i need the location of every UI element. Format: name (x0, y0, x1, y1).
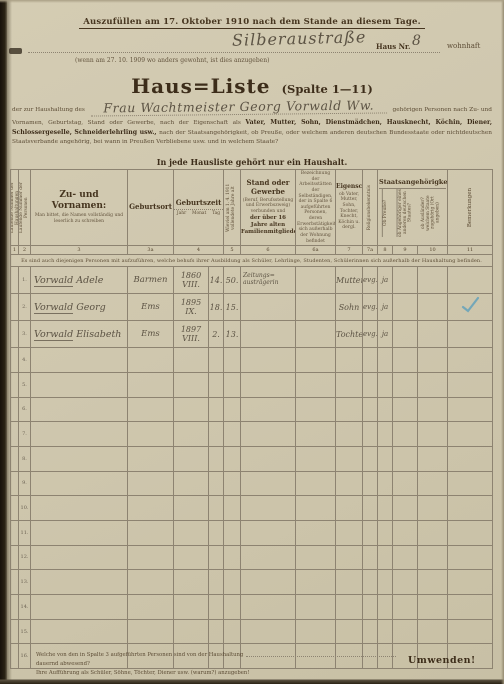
empty-cell[interactable] (174, 471, 209, 496)
empty-cell[interactable] (209, 422, 224, 447)
empty-cell[interactable] (128, 422, 174, 447)
empty-cell[interactable] (363, 545, 378, 570)
empty-cell[interactable] (174, 446, 209, 471)
empty-cell[interactable] (128, 496, 174, 521)
empty-cell (11, 397, 19, 422)
empty-cell[interactable] (393, 520, 418, 545)
empty-cell[interactable] (363, 422, 378, 447)
empty-cell (11, 545, 19, 570)
empty-cell[interactable] (393, 372, 418, 397)
table-row: 1. Vorwald Adele Barmen 1860 VIII. 14. 5… (11, 267, 493, 294)
empty-cell[interactable] (128, 372, 174, 397)
arbeitsstaette-cell[interactable] (296, 321, 336, 348)
arbeitsstaette-cell[interactable] (296, 267, 336, 294)
empty-cell[interactable] (209, 446, 224, 471)
empty-cell[interactable] (31, 520, 128, 545)
table-body: 1. Vorwald Adele Barmen 1860 VIII. 14. 5… (11, 267, 493, 669)
empty-cell[interactable] (448, 422, 493, 447)
col-stand-header: Stand oder Gewerbe (Beruf, Berufsstellun… (241, 170, 296, 246)
empty-cell[interactable] (363, 348, 378, 373)
empty-cell[interactable] (336, 348, 363, 373)
empty-cell[interactable] (224, 471, 241, 496)
name-cell[interactable]: Vorwald Elisabeth (31, 321, 128, 348)
empty-cell[interactable] (241, 446, 296, 471)
empty-cell[interactable] (209, 348, 224, 373)
table-row-empty: 10. (11, 496, 493, 521)
colnum-5: 5 (224, 246, 241, 255)
col-eigenschaft-header: Eigenschaft: ob Vater, Mutter, Sohn, Toc… (336, 170, 363, 246)
page-top-edge (0, 0, 504, 3)
col-alter-header: Wieviel am 1. 4. 1911 vollendete Jahre a… (224, 170, 241, 246)
empty-cell[interactable] (378, 471, 393, 496)
empty-cell[interactable] (336, 372, 363, 397)
hausliste-table: Laufende Nummer der Haushaltungen Laufen… (10, 169, 493, 669)
fill-instruction: Auszufüllen am 17. Oktober 1910 nach dem… (0, 9, 504, 29)
empty-cell[interactable] (128, 545, 174, 570)
empty-cell[interactable] (224, 422, 241, 447)
empty-cell[interactable] (224, 595, 241, 620)
empty-cell[interactable] (209, 397, 224, 422)
empty-cell (11, 644, 19, 669)
empty-cell[interactable] (336, 471, 363, 496)
empty-cell[interactable] (363, 372, 378, 397)
colnum-7a: 7a (363, 246, 378, 255)
table-row-empty: 9. (11, 471, 493, 496)
empty-cell (11, 471, 19, 496)
empty-cell[interactable] (363, 397, 378, 422)
empty-cell[interactable] (393, 595, 418, 620)
colnum-6: 6 (241, 246, 296, 255)
footer-question-line1: Welche von den in Spalte 3 aufgeführten … (36, 652, 243, 667)
empty-cell[interactable] (448, 372, 493, 397)
empty-cell[interactable] (241, 422, 296, 447)
empty-cell[interactable] (378, 422, 393, 447)
empty-cell[interactable] (393, 348, 418, 373)
table-motto: In jede Hausliste gehört nur ein Haushal… (0, 157, 504, 167)
row-number: 5. (19, 372, 31, 397)
empty-cell[interactable] (363, 595, 378, 620)
religion-cell[interactable]: evg. (363, 267, 378, 294)
table-note-row: Es sind auch diejenigen Personen mit auf… (11, 255, 493, 267)
document-subtitle: (Spalte 1—11) (282, 82, 373, 96)
empty-cell[interactable] (378, 595, 393, 620)
empty-cell[interactable] (241, 348, 296, 373)
alter-cell[interactable]: 15. (224, 294, 241, 321)
empty-cell[interactable] (296, 619, 336, 644)
empty-cell[interactable] (174, 348, 209, 373)
empty-cell[interactable] (128, 595, 174, 620)
empty-cell[interactable] (209, 496, 224, 521)
empty-cell[interactable] (128, 619, 174, 644)
col-name-header: Zu- und Vornamen: Man bittet, die Namen … (31, 170, 128, 246)
empty-cell[interactable] (418, 545, 448, 570)
table-row-empty: 11. (11, 520, 493, 545)
col-bemerkungen-header: Bemerkungen (448, 170, 493, 246)
empty-cell[interactable] (448, 397, 493, 422)
empty-cell[interactable] (336, 545, 363, 570)
empty-cell[interactable] (241, 545, 296, 570)
footer-dotted-line (246, 656, 396, 657)
name-cell[interactable]: Vorwald Georg (31, 294, 128, 321)
table-row: 2. Vorwald Georg Ems 1895 IX. 18. 15. So… (11, 294, 493, 321)
empty-cell[interactable] (296, 372, 336, 397)
col-staatsangehoerigkeit-header: Staatsangehörigkeit Ob Preuße? ob Angehö… (378, 170, 448, 246)
empty-cell[interactable] (393, 570, 418, 595)
empty-cell[interactable] (209, 570, 224, 595)
empty-cell[interactable] (336, 520, 363, 545)
empty-cell[interactable] (128, 446, 174, 471)
empty-cell[interactable] (31, 372, 128, 397)
empty-cell[interactable] (174, 545, 209, 570)
auslaender-cell[interactable] (418, 294, 448, 321)
religion-cell[interactable]: evg. (363, 321, 378, 348)
empty-cell[interactable] (128, 348, 174, 373)
empty-cell[interactable] (241, 496, 296, 521)
colnum-7: 7 (336, 246, 363, 255)
col-haushaltnr-header: Laufende Nummer der Haushaltungen (11, 170, 19, 246)
empty-cell[interactable] (296, 570, 336, 595)
row-number: 9. (19, 471, 31, 496)
empty-cell[interactable] (336, 422, 363, 447)
empty-cell[interactable] (363, 496, 378, 521)
empty-cell[interactable] (296, 520, 336, 545)
empty-cell[interactable] (296, 446, 336, 471)
empty-cell[interactable] (224, 446, 241, 471)
empty-cell (11, 619, 19, 644)
empty-cell[interactable] (209, 520, 224, 545)
bemerkung-cell[interactable] (448, 267, 493, 294)
empty-cell[interactable] (174, 422, 209, 447)
anderer-staat-cell[interactable] (393, 294, 418, 321)
name-cell[interactable]: Vorwald Adele (31, 267, 128, 294)
row-number: 15. (19, 619, 31, 644)
empty-cell[interactable] (336, 619, 363, 644)
empty-cell[interactable] (209, 471, 224, 496)
empty-cell[interactable] (296, 545, 336, 570)
stand-cell[interactable] (241, 294, 296, 321)
empty-cell[interactable] (128, 471, 174, 496)
empty-cell[interactable] (448, 348, 493, 373)
intro-normal: Vornamen, Geburtstag, Stand oder Gewerbe… (12, 120, 245, 126)
empty-cell[interactable] (31, 545, 128, 570)
empty-cell[interactable] (241, 570, 296, 595)
colnum-4: 4 (174, 246, 224, 255)
empty-cell[interactable] (393, 471, 418, 496)
bemerkung-cell[interactable] (448, 294, 493, 321)
empty-cell[interactable] (31, 397, 128, 422)
blue-check-mark-icon (460, 296, 480, 314)
eigenschaft-cell[interactable]: Mutter (336, 267, 363, 294)
row-number: 12. (19, 545, 31, 570)
empty-cell[interactable] (128, 570, 174, 595)
empty-cell[interactable] (128, 520, 174, 545)
religion-cell[interactable]: evg. (363, 294, 378, 321)
empty-cell[interactable] (393, 619, 418, 644)
empty-cell[interactable] (209, 545, 224, 570)
row-number: 6. (19, 397, 31, 422)
empty-cell[interactable] (31, 348, 128, 373)
stand-cell[interactable] (241, 321, 296, 348)
householder-line: der zur Haushaltung des Frau Wachtmeiste… (12, 99, 492, 115)
row-number: 11. (19, 520, 31, 545)
empty-cell[interactable] (363, 471, 378, 496)
empty-cell[interactable] (378, 619, 393, 644)
empty-cell (11, 422, 19, 447)
row-number: 1. (19, 267, 31, 294)
colnum-10: 10 (418, 246, 448, 255)
empty-cell[interactable] (418, 348, 448, 373)
householder-handwriting: Frau Wachtmeister Georg Vorwald Ww. (91, 97, 387, 116)
monat-label: Monat (192, 211, 206, 216)
geburtsort-cell[interactable]: Barmen (128, 267, 174, 294)
empty-cell[interactable] (393, 545, 418, 570)
intro-section: der zur Haushaltung des Frau Wachtmeiste… (12, 99, 492, 147)
row-number: 2. (19, 294, 31, 321)
jahr-label: Jahr (177, 211, 186, 216)
eigenschaft-cell[interactable]: Tochter (336, 321, 363, 348)
geburtszeit-subheaders: Jahr Monat Tag (174, 209, 223, 216)
colnum-8: 8 (378, 246, 393, 255)
empty-cell[interactable] (378, 570, 393, 595)
empty-cell[interactable] (336, 446, 363, 471)
geburtstag-cell[interactable]: 18. (209, 294, 224, 321)
empty-cell[interactable] (393, 422, 418, 447)
row-number: 3. (19, 321, 31, 348)
empty-cell[interactable] (174, 595, 209, 620)
row-number: 13. (19, 570, 31, 595)
empty-cell[interactable] (31, 496, 128, 521)
empty-cell[interactable] (174, 520, 209, 545)
empty-cell[interactable] (378, 446, 393, 471)
empty-cell[interactable] (224, 348, 241, 373)
preusse-subheader: Ob Preuße? (382, 189, 390, 237)
empty-cell[interactable] (174, 372, 209, 397)
empty-cell[interactable] (448, 595, 493, 620)
empty-cell (11, 570, 19, 595)
empty-cell[interactable] (336, 595, 363, 620)
table-header-row: Laufende Nummer der Haushaltungen Laufen… (11, 170, 493, 246)
empty-cell[interactable] (418, 520, 448, 545)
empty-cell[interactable] (31, 471, 128, 496)
empty-cell[interactable] (296, 471, 336, 496)
empty-cell[interactable] (224, 619, 241, 644)
empty-cell[interactable] (31, 446, 128, 471)
empty-cell[interactable] (378, 520, 393, 545)
umwenden-label: Umwenden! (408, 655, 476, 666)
empty-cell (11, 595, 19, 620)
householder-suffix: gehörigen Personen nach Zu- und (392, 107, 492, 115)
stand-cell[interactable]: Zeitungs=austrägerin (241, 267, 296, 294)
empty-cell[interactable] (224, 496, 241, 521)
empty-cell[interactable] (336, 570, 363, 595)
empty-cell[interactable] (336, 397, 363, 422)
empty-cell[interactable] (31, 595, 128, 620)
empty-cell[interactable] (378, 496, 393, 521)
colnum-1: 1 (11, 246, 19, 255)
empty-cell[interactable] (418, 570, 448, 595)
anderer-staat-subheader: ob Angehöriger eines anderen deutschen S… (397, 189, 415, 237)
empty-cell[interactable] (174, 496, 209, 521)
empty-cell[interactable] (296, 348, 336, 373)
col-arbeitsstaette-header: Bezeichnung der Arbeitsstätten der Selbs… (296, 170, 336, 246)
empty-cell[interactable] (378, 397, 393, 422)
table-row-empty: 8. (11, 446, 493, 471)
empty-cell[interactable] (241, 619, 296, 644)
anderer-staat-cell[interactable] (393, 267, 418, 294)
bemerkung-cell[interactable] (448, 321, 493, 348)
fill-instruction-text: Auszufüllen am 17. Oktober 1910 nach dem… (79, 17, 425, 29)
preusse-cell[interactable]: ja (378, 294, 393, 321)
empty-cell[interactable] (418, 496, 448, 521)
empty-cell[interactable] (378, 348, 393, 373)
col-personnr-header: Laufende Nummer der Personen (19, 170, 31, 246)
empty-cell[interactable] (174, 570, 209, 595)
geburtsort-cell[interactable]: Ems (128, 294, 174, 321)
empty-cell[interactable] (241, 372, 296, 397)
empty-cell[interactable] (241, 471, 296, 496)
auslaender-cell[interactable] (418, 267, 448, 294)
street-note: (wenn am 27. 10. 1909 wo anders gewohnt,… (75, 57, 269, 64)
empty-cell[interactable] (378, 545, 393, 570)
empty-cell[interactable] (363, 520, 378, 545)
row-number: 8. (19, 446, 31, 471)
auslaender-cell[interactable] (418, 321, 448, 348)
empty-cell[interactable] (296, 397, 336, 422)
tag-label: Tag (212, 211, 220, 216)
table-row: 3. Vorwald Elisabeth Ems 1897 VIII. 2. 1… (11, 321, 493, 348)
empty-cell[interactable] (363, 446, 378, 471)
empty-cell[interactable] (378, 372, 393, 397)
alter-cell[interactable]: 13. (224, 321, 241, 348)
footer-question-line2: Ihre Aufführung als Schüler, Söhne, Töch… (36, 670, 249, 676)
householder-prefix: der zur Haushaltung des (12, 107, 85, 115)
table-note-text: Es sind auch diejenigen Personen mit auf… (11, 255, 493, 267)
col-religion-header: Religionsbekenntnis (363, 170, 378, 246)
colnum-3a: 3a (128, 246, 174, 255)
alter-cell[interactable]: 50. (224, 267, 241, 294)
preusse-cell[interactable]: ja (378, 267, 393, 294)
empty-cell[interactable] (209, 372, 224, 397)
auslaender-subheader: ob Ausländer? welchem Staate zugehörig (… (421, 189, 442, 237)
empty-cell[interactable] (174, 397, 209, 422)
document-title: Haus=Liste (131, 74, 270, 98)
empty-cell (11, 372, 19, 397)
empty-cell[interactable] (418, 446, 448, 471)
empty-cell[interactable] (209, 619, 224, 644)
row-number: 10. (19, 496, 31, 521)
empty-cell[interactable] (393, 397, 418, 422)
document-title-row: Haus=Liste (Spalte 1—11) (0, 74, 504, 98)
table-row-empty: 15. (11, 619, 493, 644)
geburtsort-cell[interactable]: Ems (128, 321, 174, 348)
empty-cell[interactable] (448, 496, 493, 521)
empty-cell (11, 496, 19, 521)
colnum-2: 2 (19, 246, 31, 255)
empty-cell[interactable] (393, 496, 418, 521)
row-number: 7. (19, 422, 31, 447)
empty-cell[interactable] (224, 570, 241, 595)
table-row-empty: 7. (11, 422, 493, 447)
preusse-cell[interactable]: ja (378, 321, 393, 348)
empty-cell[interactable] (363, 570, 378, 595)
table-row-empty: 14. (11, 595, 493, 620)
empty-cell[interactable] (296, 595, 336, 620)
colnum-9: 9 (393, 246, 418, 255)
empty-cell[interactable] (296, 422, 336, 447)
empty-cell[interactable] (224, 397, 241, 422)
empty-cell[interactable] (241, 595, 296, 620)
empty-cell[interactable] (418, 619, 448, 644)
arbeitsstaette-cell[interactable] (296, 294, 336, 321)
empty-cell[interactable] (393, 446, 418, 471)
row-number: 14. (19, 595, 31, 620)
empty-cell[interactable] (241, 520, 296, 545)
geburtstag-cell[interactable]: 2. (209, 321, 224, 348)
empty-cell[interactable] (224, 545, 241, 570)
census-document-page: Auszufüllen am 17. Oktober 1910 nach dem… (0, 0, 504, 684)
empty-cell[interactable] (31, 570, 128, 595)
empty-cell (11, 520, 19, 545)
table-row-empty: 13. (11, 570, 493, 595)
empty-cell[interactable] (448, 446, 493, 471)
geburtstag-cell[interactable]: 14. (209, 267, 224, 294)
house-number-handwriting: 8 (412, 33, 421, 49)
eigenschaft-cell[interactable]: Sohn (336, 294, 363, 321)
empty-cell[interactable] (224, 520, 241, 545)
wohnhaft-label: wohnhaft (447, 42, 480, 50)
empty-cell[interactable] (363, 619, 378, 644)
empty-cell[interactable] (224, 372, 241, 397)
empty-cell[interactable] (336, 496, 363, 521)
geburtsjahr-monat-cell[interactable]: 1860 VIII. (174, 267, 209, 294)
page-bottom-edge (0, 679, 504, 684)
empty-cell[interactable] (128, 397, 174, 422)
row-number: 4. (19, 348, 31, 373)
empty-cell[interactable] (448, 545, 493, 570)
empty-cell[interactable] (174, 619, 209, 644)
colnum-11: 11 (448, 246, 493, 255)
empty-cell[interactable] (418, 422, 448, 447)
empty-cell[interactable] (448, 570, 493, 595)
house-number-label: Haus Nr. (376, 42, 411, 51)
empty-cell[interactable] (418, 471, 448, 496)
empty-cell[interactable] (418, 397, 448, 422)
empty-cell[interactable] (31, 619, 128, 644)
colnum-3: 3 (31, 246, 128, 255)
colnum-6a: 6a (296, 246, 336, 255)
empty-cell[interactable] (418, 595, 448, 620)
column-number-row: 1 2 3 3a 4 5 6 6a 7 7a 8 9 10 11 (11, 246, 493, 255)
geburtsjahr-monat-cell[interactable]: 1895 IX. (174, 294, 209, 321)
empty-cell[interactable] (296, 496, 336, 521)
empty-cell[interactable] (448, 471, 493, 496)
empty-cell[interactable] (31, 422, 128, 447)
row-number: 16. (19, 644, 31, 669)
empty-cell[interactable] (209, 595, 224, 620)
anderer-staat-cell[interactable] (393, 321, 418, 348)
empty-cell[interactable] (448, 619, 493, 644)
street-name-handwriting: Silberaustraße (232, 27, 367, 50)
col-geburtszeit-header: Geburtszeit Jahr Monat Tag (174, 170, 224, 246)
geburtsjahr-monat-cell[interactable]: 1897 VIII. (174, 321, 209, 348)
table-row-empty: 5. (11, 372, 493, 397)
book-binding-edge (0, 0, 7, 684)
empty-cell[interactable] (241, 397, 296, 422)
intro-paragraph: Vornamen, Geburtstag, Stand oder Gewerbe… (12, 118, 492, 147)
staats-subheaders: Ob Preuße? ob Angehöriger eines anderen … (379, 188, 446, 237)
empty-cell[interactable] (448, 520, 493, 545)
empty-cell[interactable] (418, 372, 448, 397)
